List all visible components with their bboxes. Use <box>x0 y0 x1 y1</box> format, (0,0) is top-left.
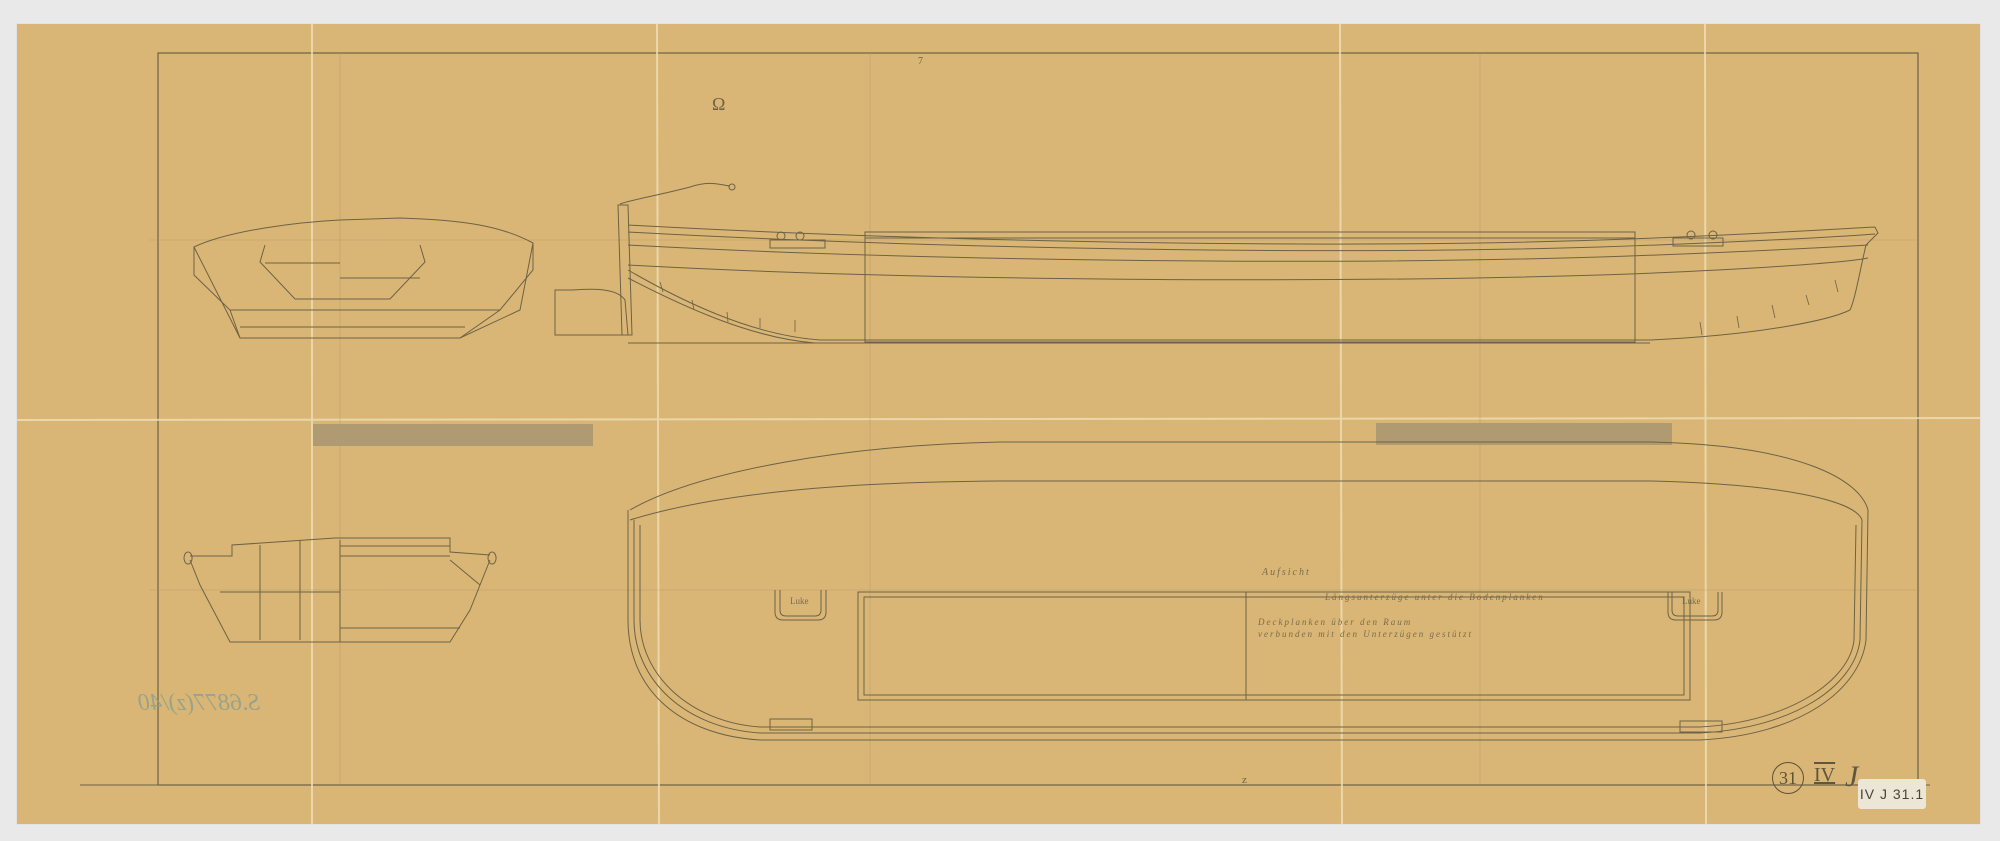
bollard-symbol: Ω <box>712 94 725 114</box>
end-view-top <box>194 218 533 338</box>
plan-note-title: Aufsicht <box>1262 567 1311 578</box>
hatch-label-aft: Luke <box>790 596 809 606</box>
inventory-mark: S.6877(z)/40 <box>138 690 260 717</box>
technical-drawing: Ω <box>0 0 2000 841</box>
plan-view <box>628 442 1868 740</box>
centerline-mark-bottom: z <box>1242 774 1247 786</box>
bitts-aft <box>770 232 825 248</box>
roman-numeral: IV <box>1814 764 1835 787</box>
catalog-label: IV J 31.1 <box>1858 779 1926 809</box>
side-elevation: Ω <box>555 94 1878 343</box>
series-letter: J <box>1845 760 1858 794</box>
plan-note-line-1: Längsunterzüge unter die Bodenplanken <box>1325 592 1545 602</box>
plan-note-line-2: Deckplanken über den Raum <box>1258 617 1412 627</box>
centerline-mark-top: 7 <box>918 56 923 67</box>
plan-note-line-3: verbunden mit den Unterzügen gestützt <box>1258 629 1473 639</box>
scale-bar-left <box>313 424 593 446</box>
sheet-number: 31 <box>1772 762 1804 794</box>
hatch-label-fore: Luke <box>1682 596 1701 606</box>
